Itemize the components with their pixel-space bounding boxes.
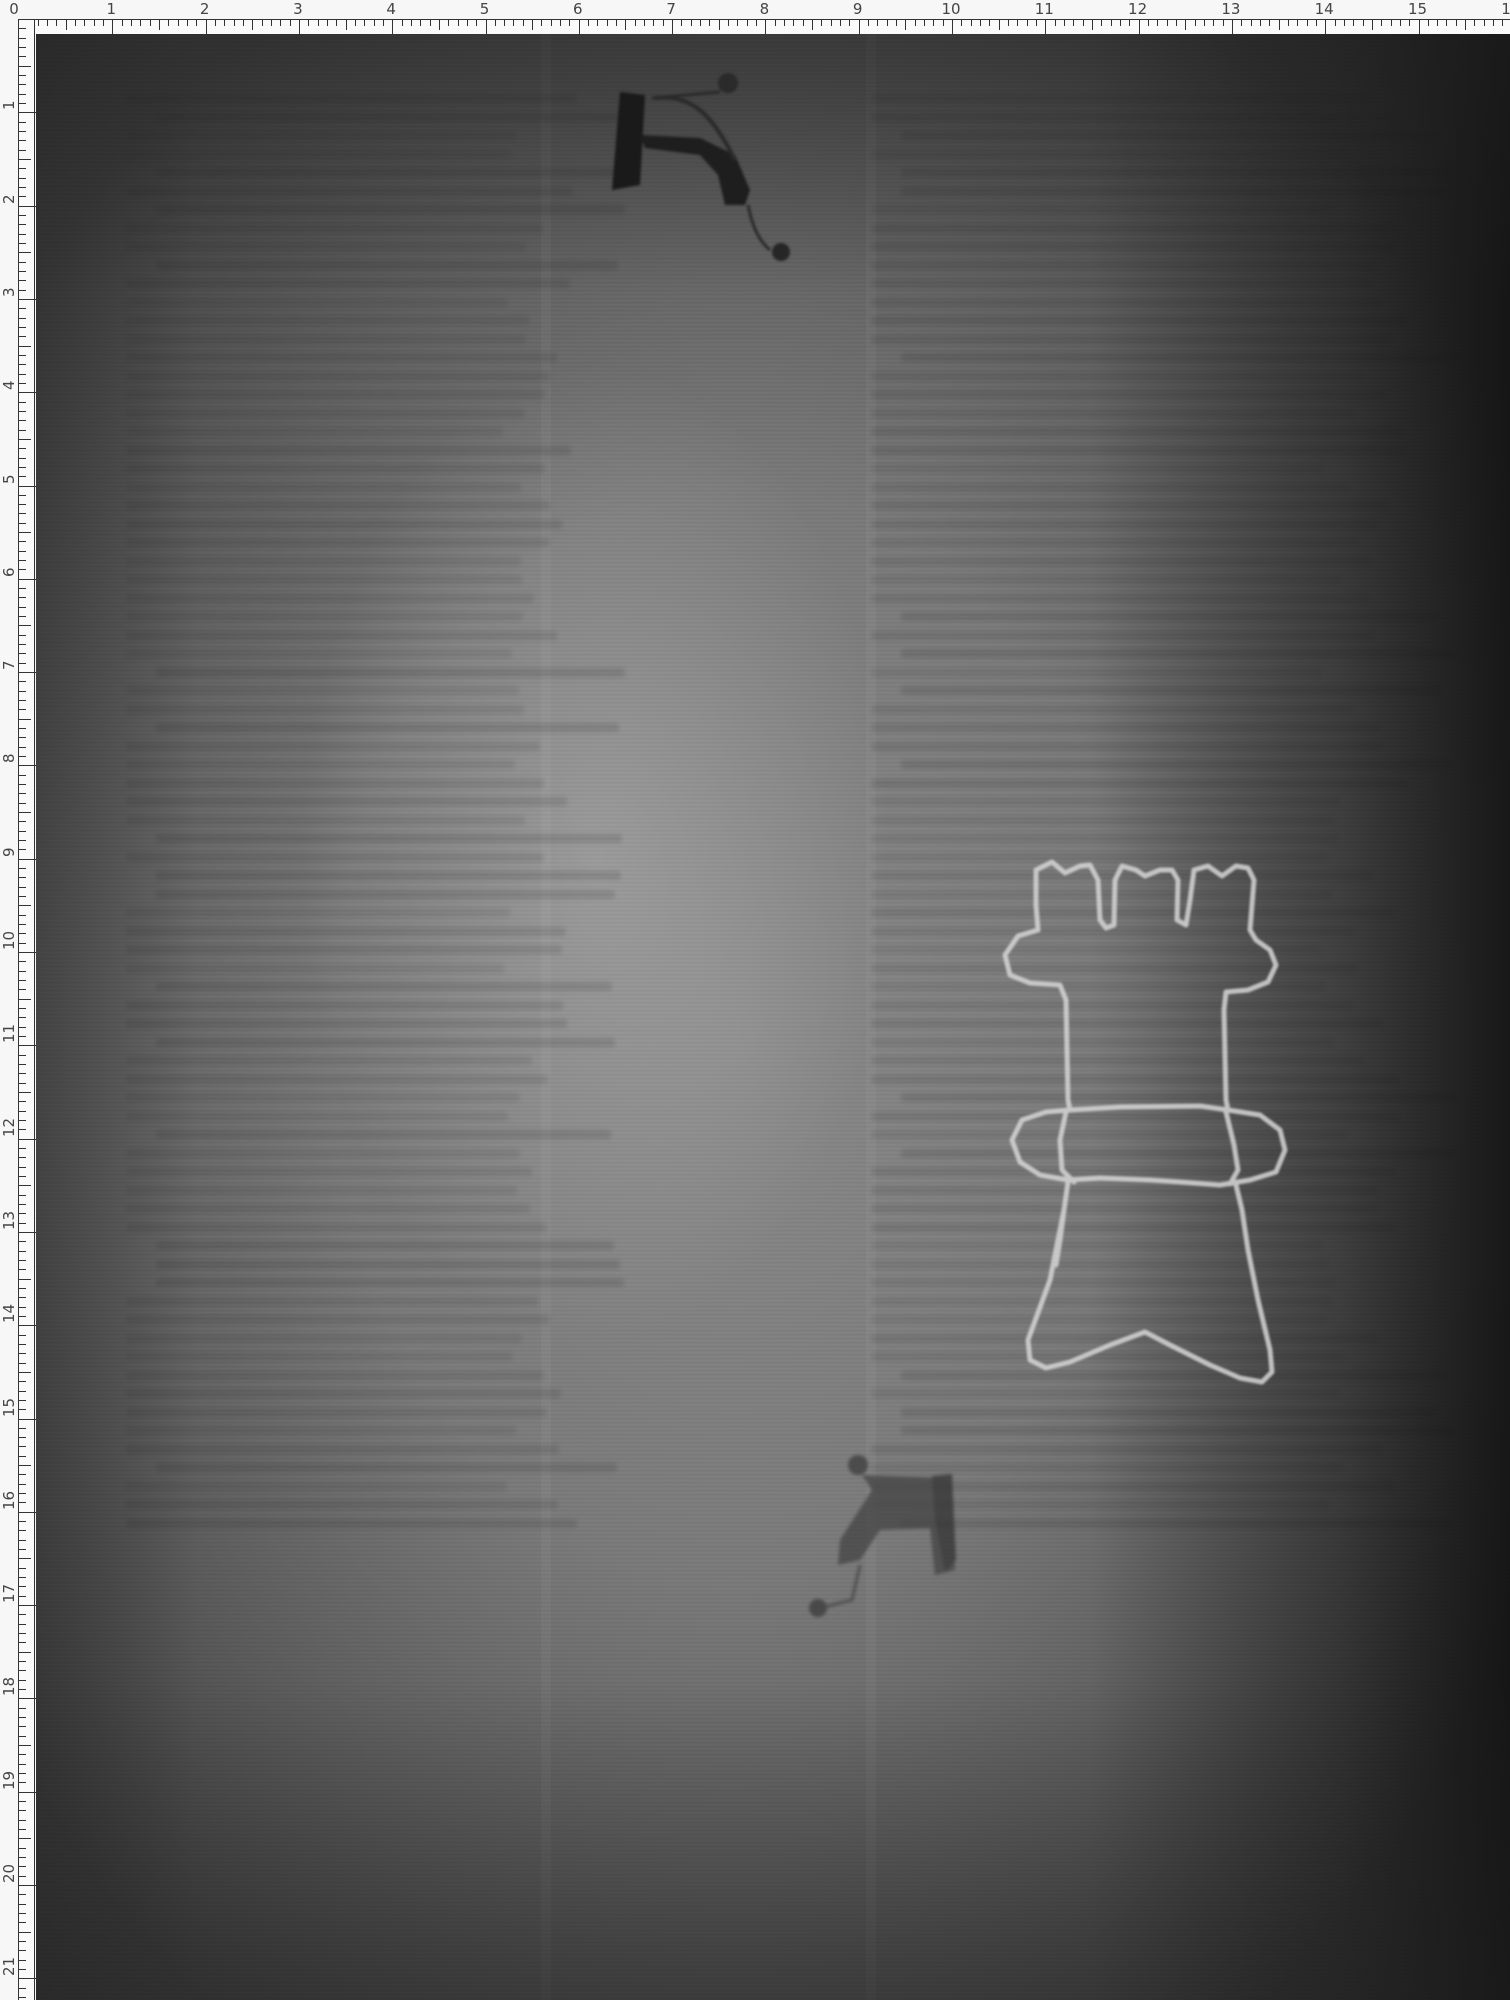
left-ruler [18, 19, 35, 2000]
ruler-tick [607, 20, 608, 26]
ruler-tick [1111, 20, 1112, 26]
ruler-tick [19, 1232, 36, 1233]
ruler-tick [19, 1792, 36, 1793]
ruler-tick [19, 1997, 26, 1998]
ruler-tick [19, 1978, 36, 1979]
ruler-tick [19, 1698, 36, 1699]
ruler-tick [19, 812, 31, 813]
ruler-tick [19, 999, 31, 1000]
ruler-tick [318, 20, 319, 26]
ruler-tick [1297, 20, 1298, 26]
ruler-tick [1176, 20, 1177, 26]
ruler-tick [19, 980, 26, 981]
ruler-tick [980, 20, 981, 26]
ruler-tick [19, 234, 26, 235]
ruler-tick [1325, 20, 1326, 35]
ruler-tick [19, 467, 26, 468]
ruler-tick [19, 1857, 26, 1858]
ruler-tick [19, 1111, 26, 1112]
ruler-tick [168, 20, 169, 26]
ruler-tick [924, 20, 925, 26]
ruler-tick [551, 20, 552, 26]
ruler-tick [1409, 20, 1410, 26]
ruler-tick [19, 1558, 31, 1559]
ruler-tick [1437, 20, 1438, 26]
ruler-label: 4 [1, 381, 17, 391]
ruler-tick [1400, 20, 1401, 26]
ruler-tick [1232, 20, 1233, 35]
ruler-tick [1502, 20, 1503, 26]
ruler-label: 18 [1, 1677, 17, 1696]
ruler-label: 13 [1, 1211, 17, 1230]
ruler-tick [19, 1670, 26, 1671]
ruler-tick [616, 20, 617, 26]
ruler-tick [19, 1353, 26, 1354]
ruler-tick [1017, 20, 1018, 26]
ruler-label: 15 [1, 1397, 17, 1416]
ruler-tick [859, 20, 860, 35]
ruler-tick [19, 1773, 26, 1774]
ruler-tick [19, 896, 26, 897]
ruler-tick [19, 1195, 26, 1196]
ruler-tick [1279, 20, 1280, 30]
ruler-tick [1493, 20, 1494, 26]
ruler-tick [19, 1502, 26, 1503]
ruler-tick [243, 20, 244, 26]
ruler-tick [336, 20, 337, 26]
ruler-tick [327, 20, 328, 26]
ruler-tick [793, 20, 794, 26]
ruler-tick [19, 1167, 26, 1168]
ruler-tick [19, 430, 26, 431]
ruler-tick [19, 1419, 36, 1420]
ruler-tick [635, 20, 636, 26]
ruler-tick [19, 747, 26, 748]
ruler-tick [812, 20, 813, 30]
ruler-tick [737, 20, 738, 26]
ruler-tick [19, 1185, 31, 1186]
ruler-tick [19, 196, 26, 197]
ruler-tick [19, 1148, 26, 1149]
ruler-tick [66, 20, 67, 30]
ruler-tick [19, 168, 26, 169]
ruler-label: 0 [9, 1, 19, 17]
ruler-tick [19, 355, 26, 356]
ruler-tick [19, 84, 26, 85]
ruler-tick [19, 1624, 26, 1625]
ruler-tick [1036, 20, 1037, 26]
ruler-tick [19, 1913, 26, 1914]
ruler-tick [19, 402, 26, 403]
ruler-tick [19, 243, 26, 244]
top-ruler [18, 19, 1510, 34]
ruler-tick [19, 187, 26, 188]
ink-initial-top [612, 73, 790, 261]
ruler-tick [19, 1642, 26, 1643]
ruler-tick [19, 476, 26, 477]
ruler-tick [19, 1400, 26, 1401]
ruler-tick [19, 1465, 31, 1466]
ruler-tick [402, 20, 403, 26]
ruler-tick [19, 1409, 26, 1410]
ruler-tick [1288, 20, 1289, 26]
ruler-tick [252, 20, 253, 30]
ruler-tick [19, 831, 26, 832]
ruler-label: 3 [1, 287, 17, 297]
ruler-tick [19, 523, 26, 524]
ruler-tick [19, 1120, 26, 1121]
ruler-label: 11 [1035, 1, 1054, 17]
ruler-tick [1316, 20, 1317, 26]
ruler-tick [1027, 20, 1028, 26]
ruler-tick [19, 1652, 31, 1653]
ruler-tick [1353, 20, 1354, 26]
ruler-label: 12 [1, 1118, 17, 1137]
ruler-tick [849, 20, 850, 26]
ruler-tick [38, 20, 39, 26]
ruler-tick [103, 20, 104, 26]
ruler-tick [355, 20, 356, 26]
ruler-tick [19, 1717, 26, 1718]
ruler-tick [19, 1549, 26, 1550]
ruler-tick [486, 20, 487, 35]
ruler-tick [19, 784, 26, 785]
ruler-tick [19, 1988, 26, 1989]
ruler-tick [19, 290, 26, 291]
ruler-tick [19, 728, 26, 729]
ruler-tick [420, 20, 421, 26]
ruler-tick [19, 1736, 26, 1737]
ruler-tick [19, 1101, 26, 1102]
ruler-tick [19, 1829, 26, 1830]
ruler-tick [1157, 20, 1158, 26]
ruler-label: 5 [1, 474, 17, 484]
ruler-tick [1213, 20, 1214, 26]
ruler-label: 21 [1, 1957, 17, 1976]
ruler-tick [672, 20, 673, 35]
ruler-tick [765, 20, 766, 35]
ruler-tick [896, 20, 897, 26]
ruler-tick [19, 1661, 26, 1662]
ruler-tick [19, 1391, 26, 1392]
ruler-tick [19, 653, 26, 654]
ruler-label: 10 [1, 931, 17, 950]
ruler-tick [887, 20, 888, 26]
ruler-tick [569, 20, 570, 26]
ruler-tick [19, 1307, 26, 1308]
ruler-tick [19, 541, 26, 542]
ruler-tick [1055, 20, 1056, 26]
ruler-tick [1101, 20, 1102, 26]
ruler-tick [19, 1204, 26, 1205]
ruler-label: 13 [1221, 1, 1240, 17]
ruler-tick [19, 1801, 26, 1802]
ruler-tick [448, 20, 449, 26]
ruler-label: 8 [760, 1, 770, 17]
ruler-tick [19, 38, 26, 39]
ruler-tick [19, 513, 26, 514]
ruler-tick [19, 1782, 26, 1783]
ruler-tick [579, 20, 580, 35]
ruler-tick [19, 551, 26, 552]
ruler-tick [1223, 20, 1224, 26]
ruler-tick [19, 486, 36, 487]
ruler-tick [19, 308, 26, 309]
ruler-tick [19, 94, 26, 95]
ruler-tick [905, 20, 906, 30]
ruler-label: 2 [1, 194, 17, 204]
ruler-tick [728, 20, 729, 26]
ruler-tick [19, 625, 31, 626]
ruler-tick [19, 1241, 26, 1242]
ruler-tick [19, 215, 26, 216]
ruler-tick [719, 20, 720, 30]
ruler-tick [19, 803, 26, 804]
ruler-tick [19, 607, 26, 608]
ruler-tick [19, 1316, 26, 1317]
ruler-tick [1045, 20, 1046, 35]
ruler-tick [19, 924, 26, 925]
ruler-tick [19, 1932, 31, 1933]
ruler-tick [19, 112, 36, 113]
ruler-tick [122, 20, 123, 26]
ruler-tick [691, 20, 692, 26]
ruler-tick [868, 20, 869, 26]
ruler-tick [84, 20, 85, 26]
ruler-tick [19, 1372, 31, 1373]
ruler-tick [1073, 20, 1074, 26]
ruler-label: 4 [386, 1, 396, 17]
ruler-tick [19, 1605, 36, 1606]
ruler-tick [681, 20, 682, 26]
ruler-tick [756, 20, 757, 26]
ruler-tick [1307, 20, 1308, 26]
ruler-tick [19, 1363, 26, 1364]
ruler-label: 8 [1, 754, 17, 764]
ink-initials [36, 34, 1510, 2000]
ruler-tick [19, 1484, 26, 1485]
ruler-tick [206, 20, 207, 35]
ruler-tick [19, 1456, 26, 1457]
ruler-tick [19, 1633, 26, 1634]
ruler-tick [19, 1764, 26, 1765]
ruler-tick [299, 20, 300, 35]
ruler-tick [1185, 20, 1186, 30]
ruler-tick [523, 20, 524, 26]
ruler-tick [19, 1586, 26, 1587]
ruler-tick [19, 374, 26, 375]
ruler-tick [19, 1540, 26, 1541]
ruler-tick [19, 1866, 26, 1867]
ruler-tick [178, 20, 179, 26]
ruler-tick [495, 20, 496, 26]
ruler-tick [747, 20, 748, 26]
ruler-tick [19, 1176, 26, 1177]
ruler-tick [346, 20, 347, 30]
ruler-tick [700, 20, 701, 26]
ruler-tick [19, 821, 26, 822]
ruler-tick [19, 971, 26, 972]
ruler-tick [19, 1810, 26, 1811]
ruler-tick [467, 20, 468, 26]
ruler-tick [19, 859, 36, 860]
ruler-label: 1 [1, 101, 17, 111]
ruler-tick [1167, 20, 1168, 26]
ruler-label: 9 [1, 847, 17, 857]
ruler-label: 16 [1, 1491, 17, 1510]
ruler-tick [19, 364, 26, 365]
ruler-tick [663, 20, 664, 26]
ruler-tick [19, 1213, 26, 1214]
ruler-tick [19, 122, 26, 123]
ruler-tick [933, 20, 934, 26]
ruler-label: 16 [1501, 1, 1510, 17]
ruler-tick [364, 20, 365, 26]
ruler-tick [19, 1139, 36, 1140]
ruler-tick [1260, 20, 1261, 26]
ruler-tick [19, 663, 26, 664]
ruler-tick [19, 1689, 26, 1690]
ruler-tick [1484, 20, 1485, 26]
ruler-tick [19, 1381, 26, 1382]
ruler-label: 6 [1, 567, 17, 577]
ruler-tick [840, 20, 841, 26]
ruler-tick [1083, 20, 1084, 26]
ruler-tick [597, 20, 598, 26]
ruler-tick [588, 20, 589, 26]
ruler-label: 5 [480, 1, 490, 17]
ruler-tick [19, 1969, 26, 1970]
ruler-tick [19, 1474, 26, 1475]
ruler-tick [19, 737, 26, 738]
ruler-tick [19, 383, 26, 384]
ruler-tick [19, 1708, 26, 1709]
ruler-tick [19, 1960, 26, 1961]
ruler-tick [19, 579, 36, 580]
ruler-tick [19, 206, 36, 207]
ruler-label: 9 [853, 1, 863, 17]
ruler-tick [1428, 20, 1429, 26]
ruler-label: 1 [107, 1, 117, 17]
ruler-tick [19, 299, 36, 300]
ruler-tick [19, 346, 31, 347]
ruler-tick [19, 271, 26, 272]
ruler-tick [19, 504, 26, 505]
ruler-tick [1474, 20, 1475, 26]
ruler-tick [19, 719, 31, 720]
ruler-tick [19, 1279, 31, 1280]
ruler-tick [1335, 20, 1336, 26]
ruler-tick [1363, 20, 1364, 26]
ruler-tick [1456, 20, 1457, 26]
ruler-tick [1419, 20, 1420, 35]
ruler-tick [19, 1269, 26, 1270]
ruler-tick [19, 877, 26, 878]
ruler-tick [19, 420, 26, 421]
ruler-tick [19, 1493, 26, 1494]
ruler-tick [47, 20, 48, 26]
ruler-tick [19, 178, 26, 179]
ruler-tick [803, 20, 804, 26]
ruler-label: 20 [1, 1864, 17, 1883]
ruler-tick [19, 224, 26, 225]
ruler-label: 19 [1, 1771, 17, 1790]
ruler-tick [19, 47, 26, 48]
ruler-label: 6 [573, 1, 583, 17]
ruler-tick [1446, 20, 1447, 26]
ruler-tick [1148, 20, 1149, 26]
ruler-tick [19, 19, 36, 20]
ruler-tick [19, 1950, 26, 1951]
ruler-tick [560, 20, 561, 26]
ruler-tick [19, 1885, 36, 1886]
ruler-tick [19, 672, 36, 673]
ruler-tick [625, 20, 626, 30]
ruler-tick [19, 765, 36, 766]
ruler-tick [19, 933, 26, 934]
ruler-tick [1391, 20, 1392, 26]
ruler-tick [150, 20, 151, 26]
ruler-tick [1008, 20, 1009, 26]
ruler-tick [19, 140, 26, 141]
ruler-tick [383, 20, 384, 26]
ruler-tick [19, 1036, 26, 1037]
ruler-tick [19, 1008, 26, 1009]
ruler-tick [961, 20, 962, 26]
ruler-tick [374, 20, 375, 26]
ruler-tick [19, 952, 36, 953]
ruler-tick [1064, 20, 1065, 26]
ruler-tick [532, 20, 533, 30]
ruler-tick [19, 775, 26, 776]
ruler-tick [877, 20, 878, 26]
ruler-tick [1120, 20, 1121, 26]
ruler-tick [19, 66, 31, 67]
ruler-tick [1269, 20, 1270, 26]
ruler-tick [19, 943, 26, 944]
ruler-tick [19, 1083, 26, 1084]
ruler-tick [19, 961, 26, 962]
ruler-tick [430, 20, 431, 26]
ruler-label: 14 [1, 1304, 17, 1323]
ruler-tick [19, 1726, 26, 1727]
ruler-tick [19, 458, 26, 459]
ruler-tick [19, 1941, 26, 1942]
ruler-tick [476, 20, 477, 26]
ruler-tick [19, 1530, 26, 1531]
ruler-tick [19, 1922, 26, 1923]
ruler-tick [19, 644, 26, 645]
ruler-tick [915, 20, 916, 26]
ruler-tick [19, 588, 26, 589]
ruler-label: 2 [200, 1, 210, 17]
ruler-label: 3 [293, 1, 303, 17]
ruler-tick [392, 20, 393, 35]
ruler-tick [19, 1260, 26, 1261]
ruler-tick [19, 1820, 26, 1821]
ruler-tick [19, 1904, 26, 1905]
ruler-tick [19, 1745, 31, 1746]
ruler-tick [19, 1437, 26, 1438]
ruler-tick [411, 20, 412, 26]
ruler-tick [784, 20, 785, 26]
ruler-tick [19, 1614, 26, 1615]
ruler-label: 12 [1128, 1, 1147, 17]
ruler-tick [187, 20, 188, 26]
ruler-tick [644, 20, 645, 26]
ruler-tick [19, 318, 26, 319]
ruler-tick [94, 20, 95, 26]
